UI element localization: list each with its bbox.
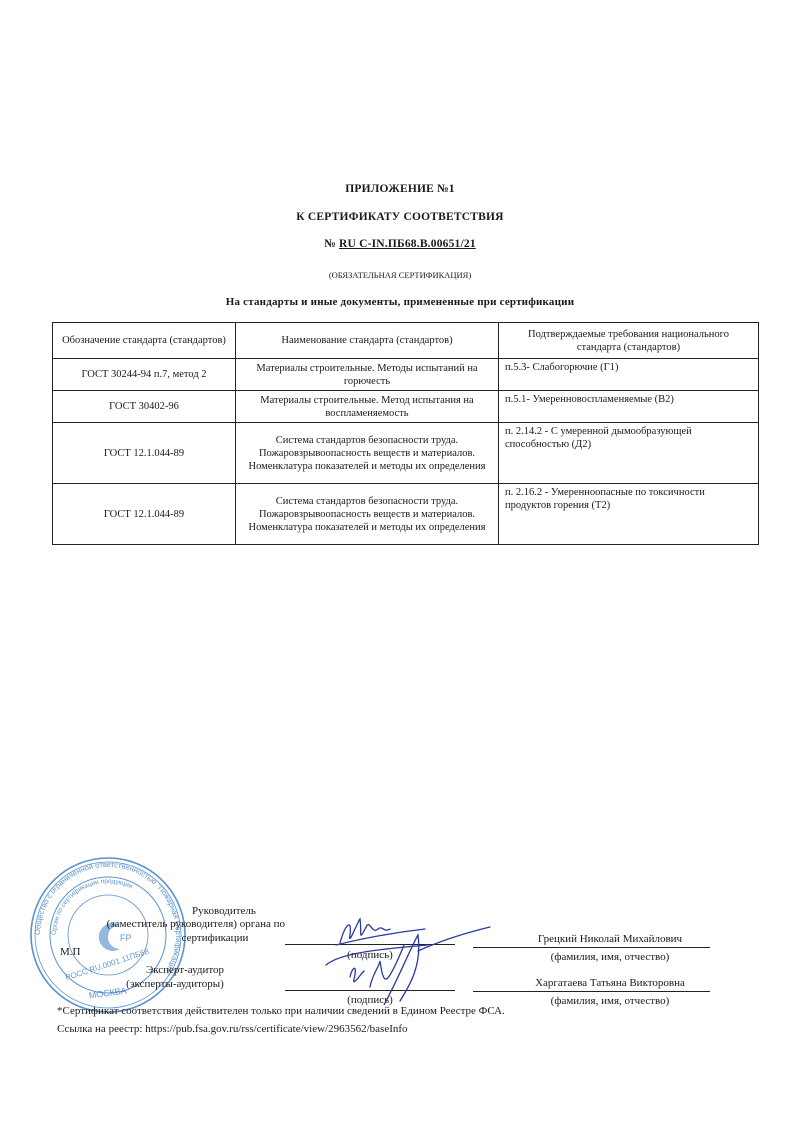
svg-text:FP: FP xyxy=(120,933,132,943)
table-row: ГОСТ 12.1.044-89 Система стандартов безо… xyxy=(53,423,759,484)
table-row: ГОСТ 12.1.044-89 Система стандартов безо… xyxy=(53,484,759,545)
head-name: Грецкий Николай Михайлович xyxy=(510,932,710,946)
registry-link-label: Ссылка на реестр: xyxy=(57,1023,145,1035)
standard-requirement: п. 2.16.2 - Умеренноопасные по токсичнос… xyxy=(499,484,759,545)
number-prefix: № xyxy=(324,238,339,250)
handwritten-signature-icon xyxy=(300,905,500,1005)
standard-code: ГОСТ 12.1.044-89 xyxy=(53,423,236,484)
appendix-title: ПРИЛОЖЕНИЕ №1 xyxy=(0,183,800,195)
table-caption: На стандарты и иные документы, примененн… xyxy=(0,296,800,308)
certificate-number: № RU C-IN.ПБ68.В.00651/21 xyxy=(0,238,800,250)
standard-name: Система стандартов безопасности труда. П… xyxy=(236,484,499,545)
table-row: ГОСТ 30402-96 Материалы строительные. Ме… xyxy=(53,391,759,423)
standard-name: Система стандартов безопасности труда. П… xyxy=(236,423,499,484)
registry-link[interactable]: https://pub.fsa.gov.ru/rss/certificate/v… xyxy=(145,1023,407,1035)
number-value: RU C-IN.ПБ68.В.00651/21 xyxy=(339,238,476,250)
column-header-requirement: Подтверждаемые требования национального … xyxy=(499,323,759,359)
head-name-caption: (фамилия, имя, отчество) xyxy=(510,950,710,964)
standards-table: Обозначение стандарта (стандартов) Наиме… xyxy=(52,322,759,545)
head-name-line xyxy=(473,947,710,948)
standard-code: ГОСТ 12.1.044-89 xyxy=(53,484,236,545)
standard-name: Материалы строительные. Метод испытания … xyxy=(236,391,499,423)
head-label-line2: (заместитель руководителя) органа по xyxy=(70,917,285,931)
standard-requirement: п.5.1- Умеренновоспламеняемые (В2) xyxy=(499,391,759,423)
head-label-line3: сертификации xyxy=(140,931,290,945)
standard-requirement: п.5.3- Слабогорючие (Г1) xyxy=(499,359,759,391)
head-label-line1: Руководитель xyxy=(110,904,290,918)
registry-link-line: Ссылка на реестр: https://pub.fsa.gov.ru… xyxy=(57,1021,408,1038)
expert-name-caption: (фамилия, имя, отчество) xyxy=(510,994,710,1008)
seal-label: М.П xyxy=(60,946,80,958)
footer-note: *Сертификат соответствия действителен то… xyxy=(57,1003,505,1020)
expert-label-line1: Эксперт-аудитор xyxy=(110,963,260,977)
column-header-name: Наименование стандарта (стандартов) xyxy=(236,323,499,359)
expert-name-line xyxy=(473,991,710,992)
standard-code: ГОСТ 30244-94 п.7, метод 2 xyxy=(53,359,236,391)
expert-label-line2: (эксперты-аудиторы) xyxy=(100,977,250,991)
appendix-subtitle: К СЕРТИФИКАТУ СООТВЕТСТВИЯ xyxy=(0,211,800,223)
column-header-code: Обозначение стандарта (стандартов) xyxy=(53,323,236,359)
standard-code: ГОСТ 30402-96 xyxy=(53,391,236,423)
expert-name: Харгатаева Татьяна Викторовна xyxy=(500,976,720,990)
table-header-row: Обозначение стандарта (стандартов) Наиме… xyxy=(53,323,759,359)
certification-type: (ОБЯЗАТЕЛЬНАЯ СЕРТИФИКАЦИЯ) xyxy=(0,270,800,280)
head-label: Руководитель xyxy=(110,904,290,918)
standard-name: Материалы строительные. Методы испытаний… xyxy=(236,359,499,391)
standard-requirement: п. 2.14.2 - С умеренной дымообразующей с… xyxy=(499,423,759,484)
table-row: ГОСТ 30244-94 п.7, метод 2 Материалы стр… xyxy=(53,359,759,391)
